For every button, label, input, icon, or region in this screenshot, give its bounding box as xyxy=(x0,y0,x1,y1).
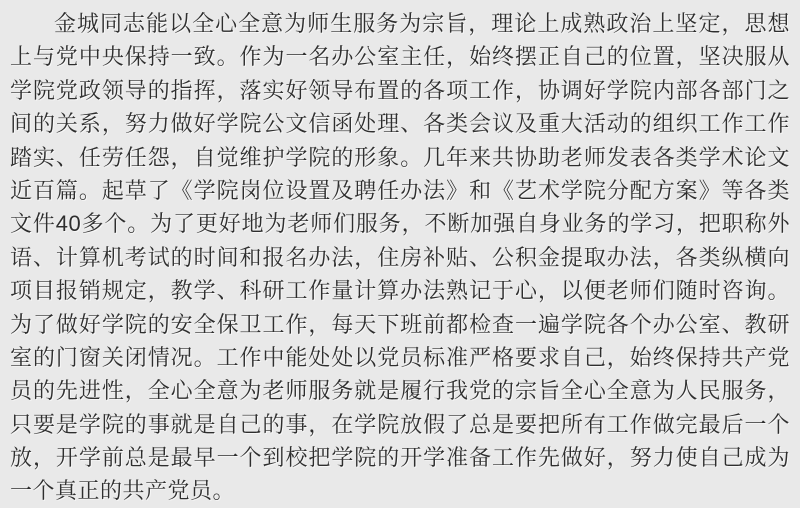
paragraph-line: 上与党中央保持一致。作为一名办公室主任，始终摆正自己的位置，坚决服从 xyxy=(10,40,790,73)
paragraph-line: 只要是学院的事就是自己的事，在学院放假了总是要把所有工作做完最后一个 xyxy=(10,408,790,441)
paragraph-line: 语、计算机考试的时间和报名办法，住房补贴、公积金提取办法，各类纵横向 xyxy=(10,241,790,274)
paragraph-line: 间的关系，努力做好学院公文信函处理、各类会议及重大活动的组织工作工作 xyxy=(10,107,790,140)
paragraph-line: 文件40多个。为了更好地为老师们服务，不断加强自身业务的学习，把职称外 xyxy=(10,207,790,240)
paragraph-line: 项目报销规定，教学、科研工作量计算办法熟记于心，以便老师们随时咨询。 xyxy=(10,274,790,307)
paragraph-line: 员的先进性，全心全意为老师服务就是履行我党的宗旨全心全意为人民服务， xyxy=(10,374,790,407)
paragraph-line: 室的门窗关闭情况。工作中能处处以党员标准严格要求自己，始终保持共产党 xyxy=(10,341,790,374)
paragraph-line: 踏实、任劳任怨，自觉维护学院的形象。几年来共协助老师发表各类学术论文 xyxy=(10,141,790,174)
paragraph-line: 为了做好学院的安全保卫工作，每天下班前都检查一遍学院各个办公室、教研 xyxy=(10,308,790,341)
document-page: 金城同志能以全心全意为师生服务为宗旨，理论上成熟政治上坚定，思想 上与党中央保持… xyxy=(0,0,800,508)
paragraph-line: 近百篇。起草了《学院岗位设置及聘任办法》和《艺术学院分配方案》等各类 xyxy=(10,174,790,207)
paragraph-line: 学院党政领导的指挥，落实好领导布置的各项工作，协调好学院内部各部门之 xyxy=(10,74,790,107)
paragraph-line: 一个真正的共产党员。 xyxy=(10,474,790,507)
paragraph-line: 放，开学前总是最早一个到校把学院的开学准备工作先做好，努力使自己成为 xyxy=(10,441,790,474)
paragraph-line: 金城同志能以全心全意为师生服务为宗旨，理论上成熟政治上坚定，思想 xyxy=(10,7,790,40)
